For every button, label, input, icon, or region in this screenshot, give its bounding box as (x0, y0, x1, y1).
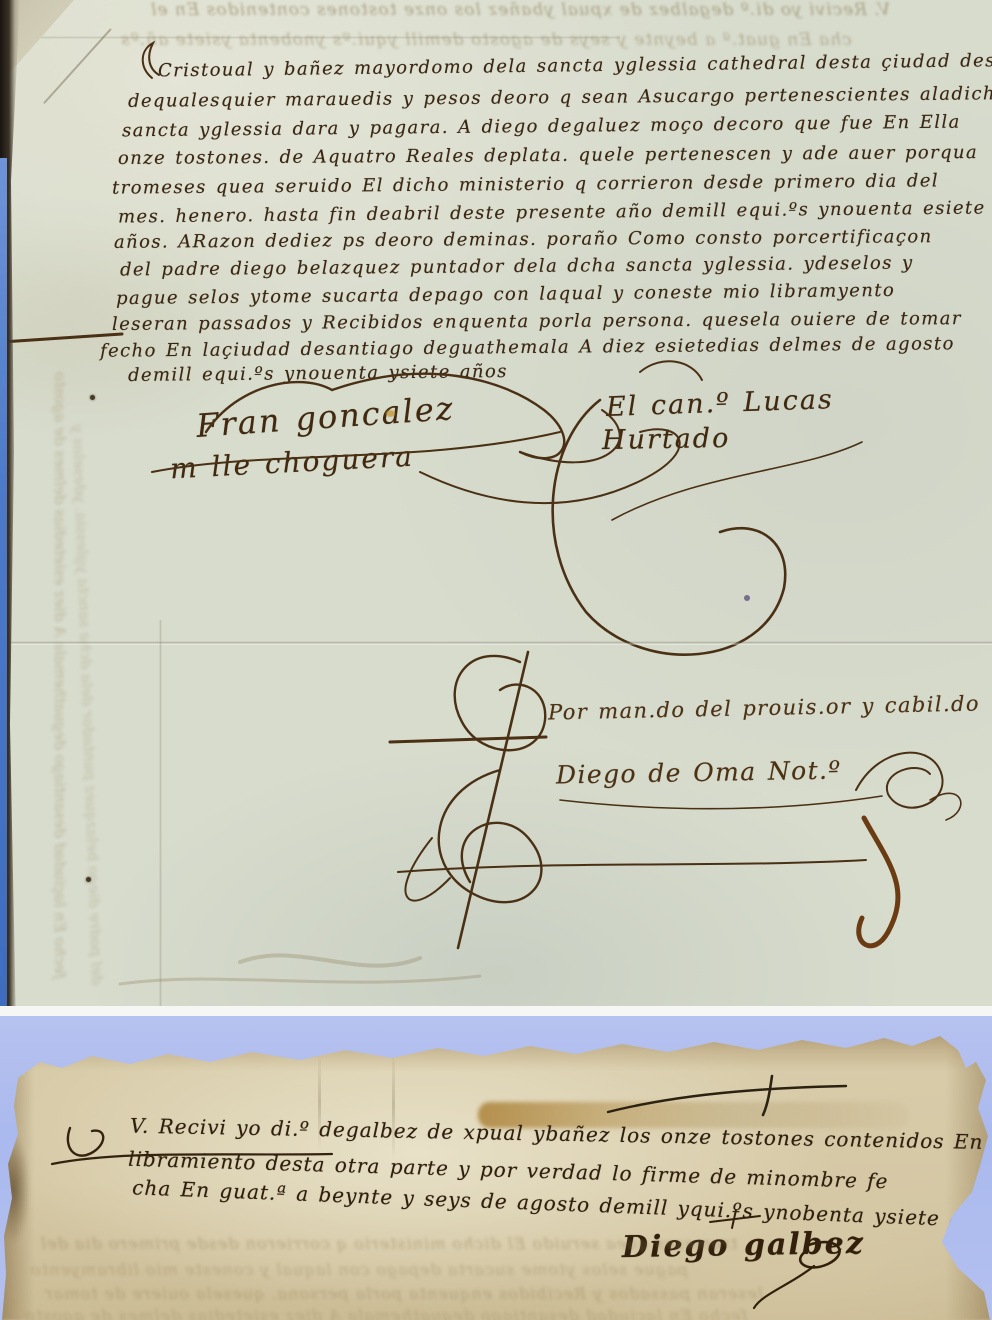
fold-crease (0, 641, 992, 645)
bleedthrough-line: fecho En laçiudad desantiago deguathemal… (24, 1306, 747, 1320)
fold-crease (159, 620, 162, 1006)
photo-verso: V. Recivi yo di.º degalbez de xpual ybañ… (0, 1016, 992, 1320)
bleedthrough-line: cha En guat.ª a beynte y seys de agosto … (120, 30, 852, 50)
stain-fleck (386, 410, 395, 417)
manuscript-line: años. ARazon dediez ps deoro deminas. po… (114, 226, 933, 253)
bleedthrough-line: V. Recivi yo di.º degalbez de xpual ybañ… (150, 0, 890, 20)
paper-edge-shading (946, 1036, 992, 1320)
bleedthrough-vertical: del padre diego belazquez puntador dela … (78, 685, 106, 985)
signature-left-name: Fran goncalez (195, 389, 456, 445)
manuscript-line: onze tostones. de Aquatro Reales deplata… (118, 142, 978, 169)
signature-right-line1: El can.º Lucas (606, 384, 835, 423)
ink-dot (744, 595, 750, 601)
bleedthrough-line: tromeses quea seruido El dicho ministeri… (40, 1234, 737, 1253)
manuscript-line: Cristoual y bañez mayordomo dela sancta … (158, 50, 992, 82)
manuscript-line: demill equi.ºs ynouenta ysiete años (128, 361, 508, 386)
torn-edge-shading (0, 1030, 992, 1070)
pinhole (90, 395, 95, 400)
photo-recto: V. Recivi yo di.º degalbez de xpual ybañ… (0, 0, 992, 1006)
manuscript-line: del padre diego belazquez puntador dela … (120, 253, 914, 281)
edge-shadow (0, 1134, 30, 1244)
pinhole (86, 877, 91, 882)
manuscript-line: fecho En laçiudad desantiago deguathemal… (100, 333, 955, 361)
notary-signature: Diego de Oma Not.º (556, 756, 842, 790)
bleedthrough-line: pague selos ytome sucarta depago con laq… (30, 1260, 688, 1279)
manuscript-line: leseran passados y Recibidos enquenta po… (112, 308, 962, 335)
verso-paper: V. Recivi yo di.º degalbez de xpual ybañ… (0, 1016, 992, 1320)
manuscript-line: dequalesquier marauedis y pesos deoro q … (128, 83, 992, 112)
crease (392, 1050, 395, 1160)
manuscript-line: tromeses quea seruido El dicho ministeri… (112, 170, 939, 198)
photo-divider (0, 1006, 992, 1016)
manuscript-line: sancta yglessia dara y pagara. A diego d… (122, 112, 961, 142)
manuscript-line: mes. henero. hasta fin deabril deste pre… (118, 197, 986, 227)
manuscript-line: pague selos ytome sucarta depago con laq… (116, 280, 895, 309)
notary-formula: Por man.do del prouis.or y cabil.do (548, 691, 980, 724)
signature-left-rubric: m lle choguera (169, 440, 414, 486)
manuscript-collage: V. Recivi yo di.º degalbez de xpual ybañ… (0, 0, 992, 1320)
bleedthrough-vertical: fecho En laçiudad desantiago deguathemal… (51, 659, 69, 979)
bleedthrough-line: leseran passados y Recibidos enquenta po… (44, 1284, 763, 1303)
signature-right-line2: Hurtado (602, 423, 731, 456)
background-sliver (0, 158, 7, 1006)
